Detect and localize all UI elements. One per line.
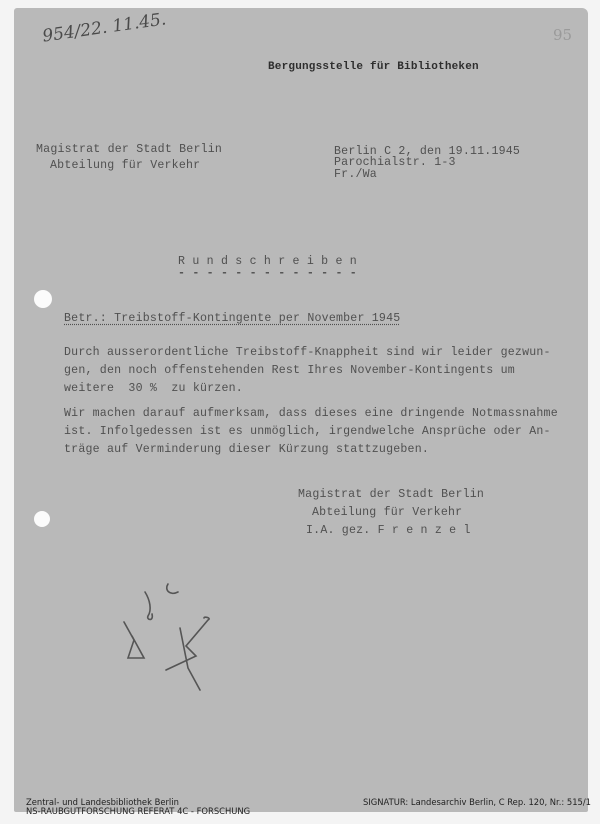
punch-hole (34, 511, 50, 527)
body-line: Wir machen darauf aufmerksam, dass diese… (64, 405, 558, 423)
body-line: träge auf Verminderung dieser Kürzung st… (64, 441, 558, 459)
closing-department: Abteilung für Verkehr (312, 504, 462, 522)
punch-hole (34, 290, 52, 308)
recipient-heading: Bergungsstelle für Bibliotheken (268, 58, 479, 76)
footer-department: NS-RAUBGUTFORSCHUNG REFERAT 4C - FORSCHU… (26, 806, 250, 816)
footer-library: Zentral- und Landesbibliothek Berlin NS-… (26, 798, 250, 816)
body-line: ist. Infolgedessen ist es unmöglich, irg… (64, 423, 558, 441)
footer-signature-ref: SIGNATUR: Landesarchiv Berlin, C Rep. 12… (363, 798, 591, 807)
body-line: weitere 30 % zu kürzen. (64, 380, 551, 398)
reference-initials: Fr./Wa (334, 168, 377, 182)
page-number: 95 (553, 26, 572, 44)
closing-signatory: I.A. gez. F r e n z e l (306, 522, 471, 540)
title-underline: - - - - - - - - - - - - - (178, 265, 357, 283)
sender-line-2: Abteilung für Verkehr (50, 157, 200, 175)
body-line: Durch ausserordentliche Treibstoff-Knapp… (64, 344, 551, 362)
body-line: gen, den noch offenstehenden Rest Ihres … (64, 362, 551, 380)
subject-line: Betr.: Treibstoff-Kontingente per Novemb… (64, 310, 400, 328)
body-paragraph-2: Wir machen darauf aufmerksam, dass diese… (64, 405, 558, 459)
handwritten-initials (100, 570, 240, 700)
body-paragraph-1: Durch ausserordentliche Treibstoff-Knapp… (64, 344, 551, 398)
closing-org: Magistrat der Stadt Berlin (298, 486, 484, 504)
